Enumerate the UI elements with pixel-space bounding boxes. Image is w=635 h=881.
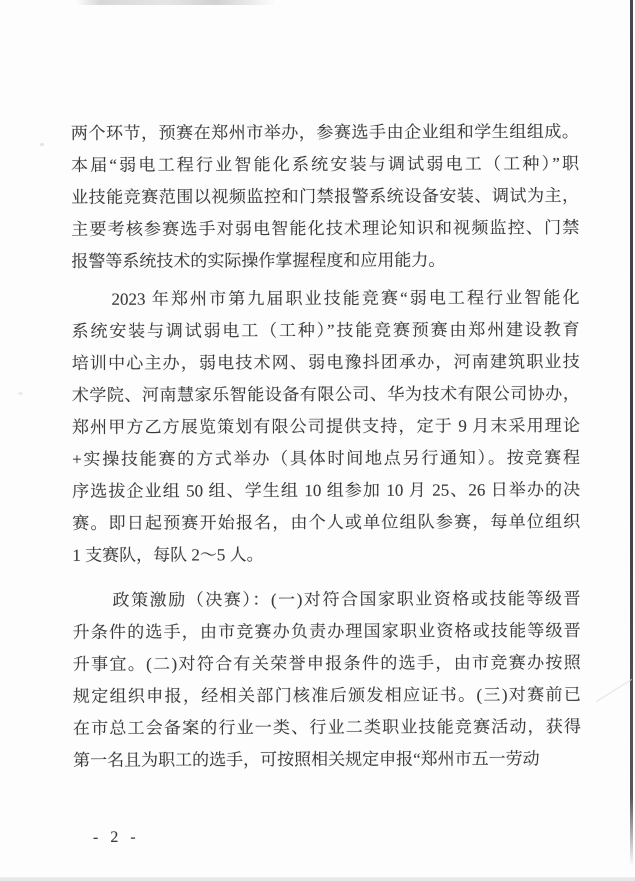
text-line: 系统安装与调试弱电工（工种）”技能竞赛预赛由郑州建设教育 — [72, 314, 580, 348]
text-line: 规定组织申报，经相关部门核准后颁发相应证书。(三)对赛前已 — [73, 679, 581, 713]
paragraph: 2023 年郑州市第九届职业技能竞赛“弱电工程行业智能化系统安装与调试弱电工（工… — [71, 282, 580, 572]
text-line: 两个环节，预赛在郑州市举办，参赛选手由企业组和学生组组成。 — [71, 116, 579, 150]
text-line: 培训中心主办，弱电技术网、弱电豫抖团承办，河南建筑职业技 — [72, 346, 580, 380]
paragraph: 两个环节，预赛在郑州市举办，参赛选手由企业组和学生组组成。本届“弱电工程行业智能… — [71, 116, 580, 278]
text-line: 报警等系统技术的实际操作掌握程度和应用能力。 — [71, 244, 579, 278]
text-line: 赛。即日起预赛开始报名，由个人或单位组队参赛，每单位组织 — [72, 506, 580, 540]
scan-speck — [18, 392, 23, 395]
text-line: 升事宜。(二)对符合有关荣誉申报条件的选手，由市竞赛办按照 — [73, 647, 581, 681]
scan-speck — [40, 143, 44, 146]
text-line: +实操技能赛的方式举办（具体时间地点另行通知）。按竞赛程 — [72, 442, 580, 476]
text-line: 主要考核参赛选手对弱电智能化技术理论知识和视频监控、门禁 — [71, 212, 579, 246]
text-line: 在市总工会备案的行业一类、行业二类职业技能竞赛活动，获得 — [73, 711, 581, 745]
text-line: 郑州甲方乙方展览策划有限公司提供支持，定于 9 月末采用理论 — [72, 410, 580, 444]
paragraph: 政策激励（决赛）：(一)对符合国家职业资格或技能等级晋升条件的选手，由市竞赛办负… — [72, 583, 581, 777]
scan-scratch-mark — [596, 679, 632, 702]
scan-shadow-right-edge — [630, 0, 633, 866]
text-line: 1 支赛队，每队 2～5 人。 — [72, 538, 580, 572]
text-line: 序选拔企业组 50 组、学生组 10 组参加 10 月 25、26 日举办的决 — [72, 474, 580, 508]
text-line: 升条件的选手，由市竞赛办负责办理国家职业资格或技能等级晋 — [73, 615, 581, 649]
scan-strip-bottom-edge — [0, 877, 635, 881]
text-line: 2023 年郑州市第九届职业技能竞赛“弱电工程行业智能化 — [71, 282, 579, 316]
document-body-text: 两个环节，预赛在郑州市举办，参赛选手由企业组和学生组组成。本届“弱电工程行业智能… — [71, 116, 581, 777]
text-line: 第一名且为职工的选手，可按照相关规定申报“郑州市五一劳动 — [73, 743, 581, 777]
page-number: - 2 - — [93, 829, 140, 847]
scan-smudge-top-edge — [76, 0, 276, 5]
text-line: 本届“弱电工程行业智能化系统安装与调试弱电工（工种）”职 — [71, 148, 579, 182]
text-line: 政策激励（决赛）：(一)对符合国家职业资格或技能等级晋 — [72, 583, 580, 617]
scanned-document-page: 两个环节，预赛在郑州市举办，参赛选手由企业组和学生组组成。本届“弱电工程行业智能… — [0, 0, 635, 881]
text-line: 业技能竞赛范围以视频监控和门禁报警系统设备安装、调试为主， — [71, 180, 579, 214]
text-line: 术学院、河南慧家乐智能设备有限公司、华为技术有限公司协办， — [72, 378, 580, 412]
